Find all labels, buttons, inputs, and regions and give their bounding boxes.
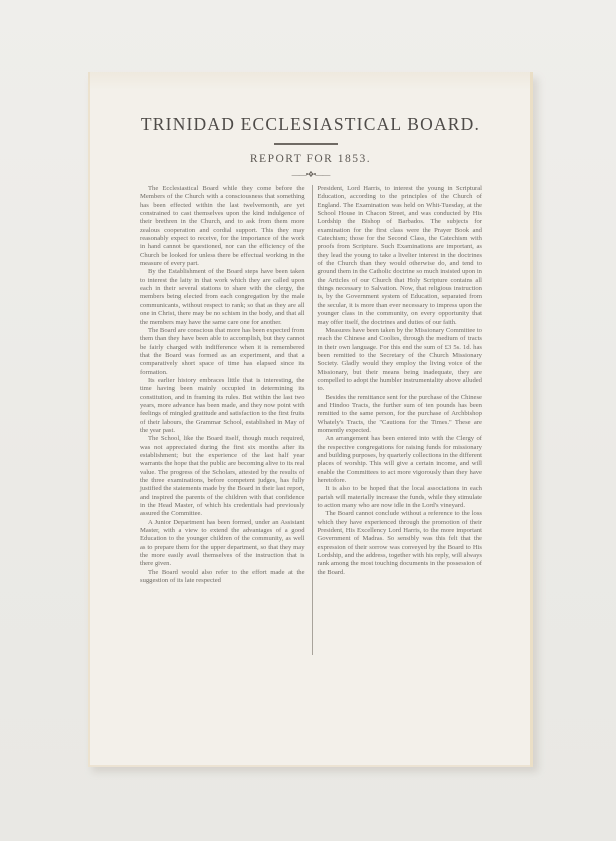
paragraph: It is also to be hoped that the local as… [317,485,482,510]
document-sheet: TRINIDAD ECCLESIASTICAL BOARD. REPORT FO… [88,72,533,767]
column-divider [312,185,313,655]
paragraph: The Board cannot conclude without a refe… [317,510,482,577]
paragraph: The Board are conscious that more has be… [140,327,305,377]
document-title: TRINIDAD ECCLESIASTICAL BOARD. [88,114,533,135]
report-subtitle: REPORT FOR 1853. [88,153,533,165]
paragraph: The Board would also refer to the effort… [140,569,305,586]
right-column: President, Lord Harris, to interest the … [315,185,482,655]
paragraph: An arrangement has been entered into wit… [317,435,482,485]
paragraph: Measures have been taken by the Missiona… [317,327,482,394]
paper-fold-edge [88,72,533,90]
paragraph: Its earlier history embraces little that… [140,377,305,435]
ornament-divider-icon: ——•❖•—— [88,170,533,179]
title-rule-divider [274,143,338,145]
paragraph: Besides the remittance sent for the purc… [317,394,482,436]
paragraph: The School, like the Board itself, thoug… [140,435,305,518]
text-columns: The Ecclesiastical Board while they come… [140,185,482,655]
paragraph: President, Lord Harris, to interest the … [317,185,482,327]
paragraph: The Ecclesiastical Board while they come… [140,185,305,268]
paragraph: A Junior Department has been formed, und… [140,519,305,569]
left-column: The Ecclesiastical Board while they come… [140,185,309,655]
paragraph: By the Establishment of the Board steps … [140,268,305,326]
